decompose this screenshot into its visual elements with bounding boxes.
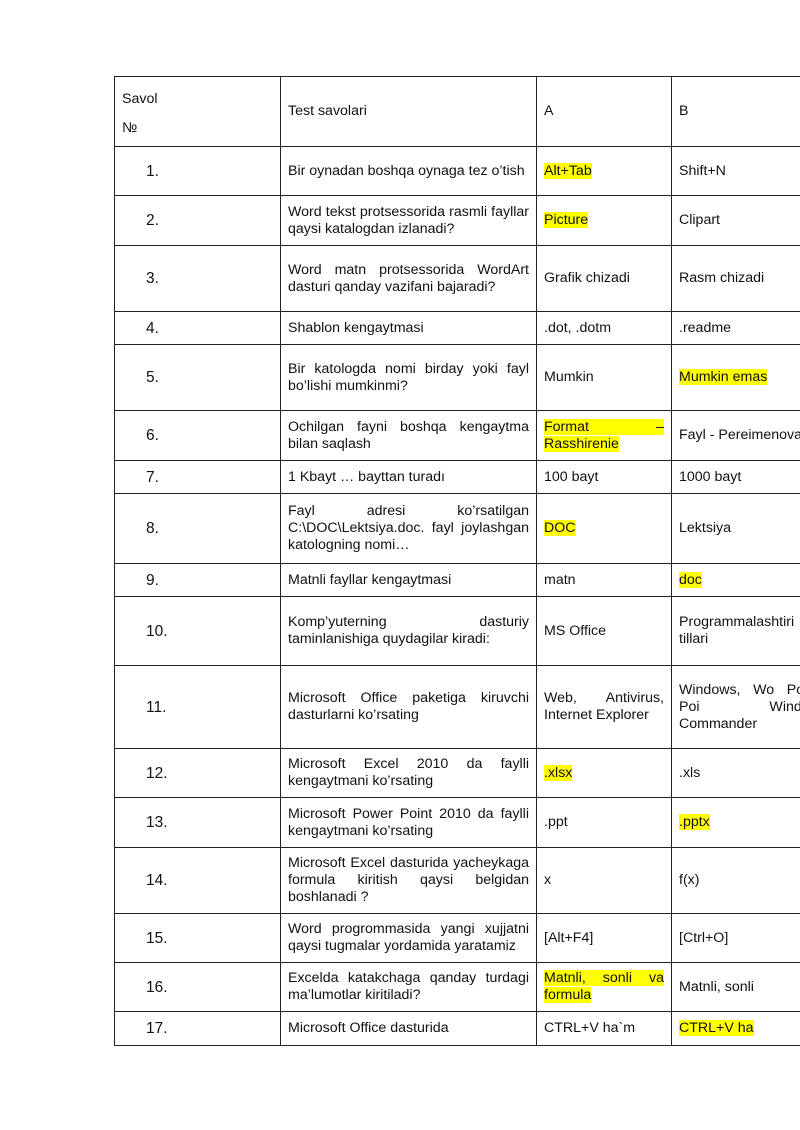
question-text-cell: Word tekst protsessorida rasmli fayllar … <box>281 196 537 246</box>
option-b-cell: .readme <box>672 312 800 345</box>
option-b-text: doc <box>679 572 702 588</box>
option-a-text: Web, Antivirus, Internet Explorer <box>544 690 664 723</box>
table-row: 15.Word progrommasida yangi xujjatni qay… <box>115 914 800 963</box>
question-number-cell: 7. <box>115 461 281 494</box>
option-a-cell: Web, Antivirus, Internet Explorer <box>537 666 672 749</box>
option-b-text: Clipart <box>679 212 720 228</box>
option-a-text: MS Office <box>544 623 606 639</box>
option-a-text: Mumkin <box>544 369 594 385</box>
option-a-cell: Matnli, sonli va formula <box>537 963 672 1012</box>
option-a-cell: Alt+Tab <box>537 147 672 196</box>
header-option-b-cell: B <box>672 77 800 147</box>
table-row: 11.Microsoft Office paketiga kiruvchi da… <box>115 666 800 749</box>
question-text-cell: Microsoft Excel 2010 da faylli kengaytma… <box>281 749 537 798</box>
option-a-text: .dot, .dotm <box>544 320 611 336</box>
option-b-text: [Ctrl+O] <box>679 930 728 946</box>
question-text-cell: 1 Kbayt … bayttan turadı <box>281 461 537 494</box>
option-b-text: Matnli, sonli <box>679 979 754 995</box>
question-number-cell: 1. <box>115 147 281 196</box>
question-number-cell: 14. <box>115 848 281 914</box>
table-row: 5.Bir katologda nomi birday yoki fayl bo… <box>115 345 800 411</box>
question-text-cell: Microsoft Excel dasturida yacheykaga for… <box>281 848 537 914</box>
question-text-cell: Microsoft Office paketiga kiruvchi dastu… <box>281 666 537 749</box>
option-b-text: .xls <box>679 765 700 781</box>
option-b-cell: Rasm chizadi <box>672 246 800 312</box>
option-a-cell: .dot, .dotm <box>537 312 672 345</box>
document-page: Savol № Test savolari A B 1.Bir oynadan … <box>0 0 800 1130</box>
option-a-cell: x <box>537 848 672 914</box>
question-number-cell: 8. <box>115 494 281 564</box>
question-number-cell: 11. <box>115 666 281 749</box>
option-a-cell: [Alt+F4] <box>537 914 672 963</box>
option-b-cell: Clipart <box>672 196 800 246</box>
option-a-cell: Picture <box>537 196 672 246</box>
header-question-cell: Test savolari <box>281 77 537 147</box>
table-row: 1.Bir oynadan boshqa oynaga tez o’tishAl… <box>115 147 800 196</box>
option-b-text: Fayl - Pereimenova <box>679 427 800 443</box>
question-number-cell: 12. <box>115 749 281 798</box>
option-a-text: CTRL+V ha`m <box>544 1020 635 1036</box>
question-text-cell: Microsoft Power Point 2010 da faylli ken… <box>281 798 537 848</box>
question-number-cell: 17. <box>115 1012 281 1046</box>
header-option-a-cell: A <box>537 77 672 147</box>
question-text-cell: Ochilgan fayni boshqa kengaytma bilan sa… <box>281 411 537 461</box>
table-row: 12.Microsoft Excel 2010 da faylli kengay… <box>115 749 800 798</box>
option-b-text: CTRL+V ha <box>679 1020 754 1036</box>
option-a-text: matn <box>544 572 576 588</box>
table-row: 16.Excelda katakchaga qanday turdagi ma’… <box>115 963 800 1012</box>
question-text-cell: Bir katologda nomi birday yoki fayl bo’l… <box>281 345 537 411</box>
option-b-text: Windows, Wo Power Poi Windows Commander <box>679 682 800 732</box>
option-a-cell: Grafik chizadi <box>537 246 672 312</box>
table-row: 8.Fayl adresi ko’rsatilgan C:\DOC\Lektsi… <box>115 494 800 564</box>
option-b-text: .pptx <box>679 814 710 830</box>
option-a-cell: matn <box>537 564 672 597</box>
option-b-text: 1000 bayt <box>679 469 741 485</box>
table-row: 10.Komp’yuterning dasturiy taminlanishig… <box>115 597 800 666</box>
option-b-cell: Fayl - Pereimenova <box>672 411 800 461</box>
option-a-cell: MS Office <box>537 597 672 666</box>
table-header-row: Savol № Test savolari A B <box>115 77 800 147</box>
table-row: 7.1 Kbayt … bayttan turadı100 bayt1000 b… <box>115 461 800 494</box>
question-text-cell: Shablon kengaytmasi <box>281 312 537 345</box>
option-a-cell: CTRL+V ha`m <box>537 1012 672 1046</box>
option-b-text: Rasm chizadi <box>679 270 764 286</box>
table-row: 14.Microsoft Excel dasturida yacheykaga … <box>115 848 800 914</box>
option-b-text: .readme <box>679 320 731 336</box>
option-a-cell: .xlsx <box>537 749 672 798</box>
table-row: 6.Ochilgan fayni boshqa kengaytma bilan … <box>115 411 800 461</box>
question-text-cell: Excelda katakchaga qanday turdagi ma’lum… <box>281 963 537 1012</box>
option-b-cell: Windows, Wo Power Poi Windows Commander <box>672 666 800 749</box>
question-text-cell: Word progrommasida yangi xujjatni qaysi … <box>281 914 537 963</box>
question-text-cell: Word matn protsessorida WordArt dasturi … <box>281 246 537 312</box>
test-questions-table: Savol № Test savolari A B 1.Bir oynadan … <box>114 76 800 1046</box>
option-b-text: Programmalashtiri tillari <box>679 614 794 647</box>
option-a-text: .xlsx <box>544 765 572 781</box>
option-a-text: Alt+Tab <box>544 163 592 179</box>
question-number-cell: 2. <box>115 196 281 246</box>
option-a-text: .ppt <box>544 814 568 830</box>
option-b-cell: Programmalashtiri tillari <box>672 597 800 666</box>
option-b-cell: f(x) <box>672 848 800 914</box>
question-number-cell: 9. <box>115 564 281 597</box>
question-number-cell: 15. <box>115 914 281 963</box>
question-number-cell: 3. <box>115 246 281 312</box>
question-number-cell: 5. <box>115 345 281 411</box>
question-number-cell: 16. <box>115 963 281 1012</box>
option-b-text: Mumkin emas <box>679 369 767 385</box>
question-number-cell: 10. <box>115 597 281 666</box>
question-text-cell: Komp’yuterning dasturiy taminlanishiga q… <box>281 597 537 666</box>
question-text-cell: Fayl adresi ko’rsatilgan C:\DOC\Lektsiya… <box>281 494 537 564</box>
option-b-cell: doc <box>672 564 800 597</box>
option-a-text: Format – Rasshirenie <box>544 419 664 452</box>
option-b-cell: CTRL+V ha <box>672 1012 800 1046</box>
option-b-cell: Lektsiya <box>672 494 800 564</box>
header-savol-label: Savol <box>122 85 273 114</box>
option-b-cell: Matnli, sonli <box>672 963 800 1012</box>
table-row: 3.Word matn protsessorida WordArt dastur… <box>115 246 800 312</box>
header-number-sign: № <box>122 114 273 143</box>
question-number-cell: 6. <box>115 411 281 461</box>
table-row: 13.Microsoft Power Point 2010 da faylli … <box>115 798 800 848</box>
question-number-cell: 13. <box>115 798 281 848</box>
option-a-cell: 100 bayt <box>537 461 672 494</box>
table-row: 4.Shablon kengaytmasi.dot, .dotm.readme <box>115 312 800 345</box>
question-text-cell: Microsoft Office dasturida <box>281 1012 537 1046</box>
question-text-cell: Matnli fayllar kengaytmasi <box>281 564 537 597</box>
option-a-cell: Format – Rasshirenie <box>537 411 672 461</box>
option-a-cell: Mumkin <box>537 345 672 411</box>
option-b-cell: Shift+N <box>672 147 800 196</box>
option-b-cell: 1000 bayt <box>672 461 800 494</box>
option-b-text: Shift+N <box>679 163 726 179</box>
option-a-text: Grafik chizadi <box>544 270 630 286</box>
option-a-cell: DOC <box>537 494 672 564</box>
option-b-cell: [Ctrl+O] <box>672 914 800 963</box>
option-a-text: x <box>544 872 551 888</box>
option-b-text: Lektsiya <box>679 520 731 536</box>
option-a-text: [Alt+F4] <box>544 930 593 946</box>
option-a-text: 100 bayt <box>544 469 598 485</box>
option-a-text: DOC <box>544 520 576 536</box>
question-text-cell: Bir oynadan boshqa oynaga tez o’tish <box>281 147 537 196</box>
option-a-text: Matnli, sonli va formula <box>544 970 664 1003</box>
option-b-cell: .xls <box>672 749 800 798</box>
header-number-cell: Savol № <box>115 77 281 147</box>
option-a-text: Picture <box>544 212 588 228</box>
option-b-cell: Mumkin emas <box>672 345 800 411</box>
question-number-cell: 4. <box>115 312 281 345</box>
option-b-cell: .pptx <box>672 798 800 848</box>
option-b-text: f(x) <box>679 872 700 888</box>
table-row: 17.Microsoft Office dasturidaCTRL+V ha`m… <box>115 1012 800 1046</box>
table-row: 9.Matnli fayllar kengaytmasimatndoc <box>115 564 800 597</box>
table-row: 2.Word tekst protsessorida rasmli faylla… <box>115 196 800 246</box>
option-a-cell: .ppt <box>537 798 672 848</box>
